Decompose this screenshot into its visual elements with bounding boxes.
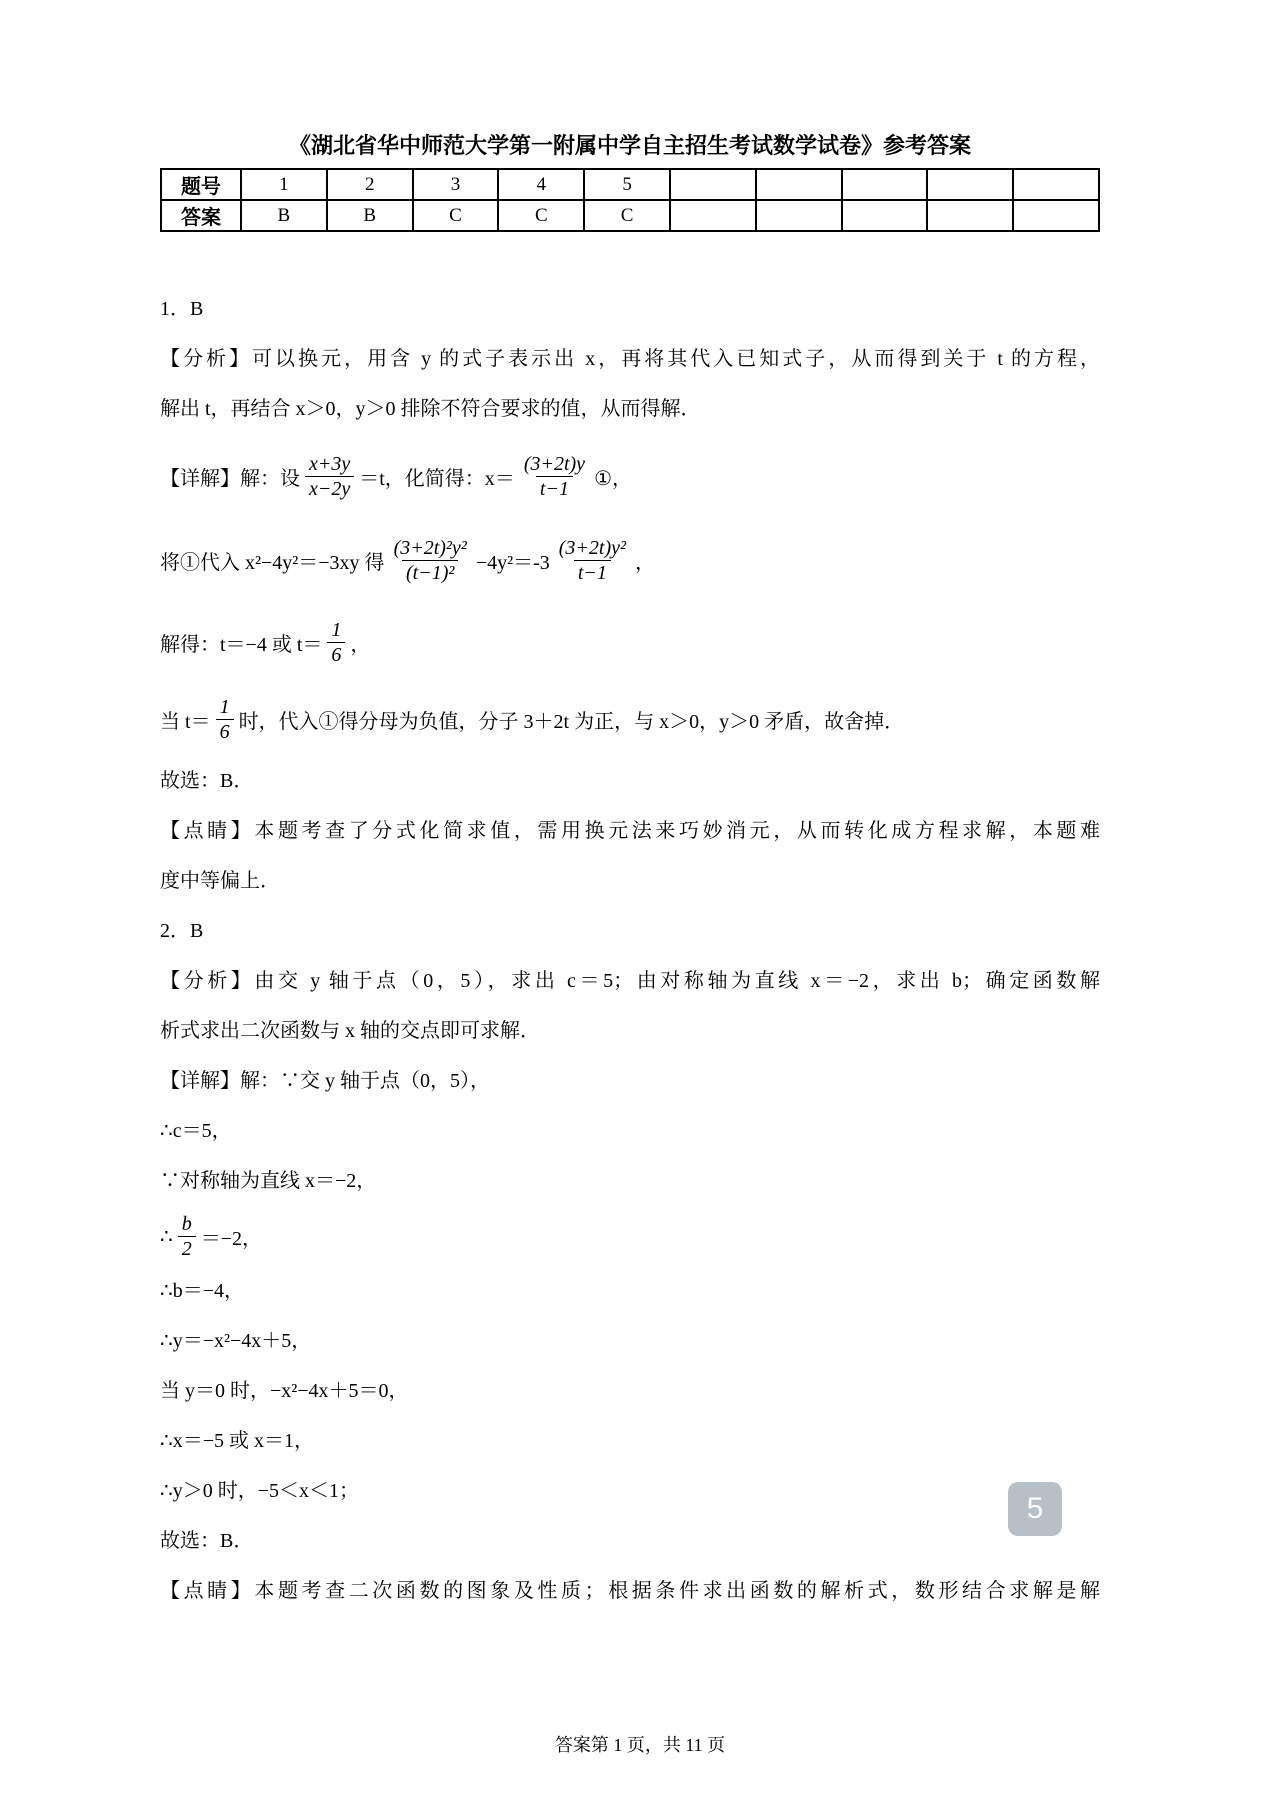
formula-text: 时，代入①得分母为负值，分子 3＋2t 为正，与 x＞0，y＞0 矛盾，故舍掉． bbox=[239, 705, 905, 734]
fraction: x+3yx−2y bbox=[305, 452, 354, 501]
fraction-numerator: 1 bbox=[216, 695, 234, 719]
formula-text: ＝−2， bbox=[201, 1222, 262, 1251]
question-number-cell bbox=[670, 169, 756, 200]
question-number-cell bbox=[842, 169, 928, 200]
answer-cell: C bbox=[584, 200, 670, 231]
fraction: 16 bbox=[327, 618, 345, 667]
answer-cell bbox=[670, 200, 756, 231]
solution2-analysis-line2: 析式求出二次函数与 x 轴的交点即可求解． bbox=[160, 1006, 1100, 1056]
answer-cell bbox=[756, 200, 842, 231]
solution1-detail-formula: 【详解】解：设 x+3yx−2y ＝t，化简得：x＝ (3+2t)yt−1 ①， bbox=[160, 434, 1100, 518]
solution2-b-fraction-formula: ∴ b2 ＝−2， bbox=[160, 1206, 1100, 1266]
solution2-line-b: ∴b＝−4， bbox=[160, 1266, 1100, 1316]
solution1-note-line2: 度中等偏上． bbox=[160, 856, 1100, 906]
page-title: 《湖北省华中师范大学第一附属中学自主招生考试数学试卷》参考答案 bbox=[160, 133, 1100, 159]
answer-cell bbox=[1013, 200, 1099, 231]
solution1-substitute-formula: 将①代入 x²−4y²＝−3xy 得 (3+2t)²y²(t−1)² −4y²＝… bbox=[160, 518, 1100, 602]
answer-cell: C bbox=[413, 200, 499, 231]
fraction-numerator: (3+2t)y bbox=[520, 452, 589, 476]
fraction-numerator: 1 bbox=[327, 618, 345, 642]
answer-table: 题号 1 2 3 4 5 答案 B B C C C bbox=[160, 168, 1100, 232]
solution2-analysis-line1: 【分析】由交 y 轴于点（0，5），求出 c＝5；由对称轴为直线 x＝−2，求出… bbox=[160, 956, 1100, 1006]
solution2-note-line1: 【点睛】本题考查二次函数的图象及性质；根据条件求出函数的解析式，数形结合求解是解 bbox=[160, 1566, 1100, 1616]
fraction-denominator: 6 bbox=[327, 642, 345, 667]
table-row-answers: 答案 B B C C C bbox=[161, 200, 1099, 231]
formula-text: ①， bbox=[594, 462, 632, 491]
fraction-numerator: (3+2t)²y² bbox=[390, 536, 471, 560]
fraction-denominator: 2 bbox=[178, 1236, 196, 1261]
page-number-badge: 5 bbox=[1008, 1482, 1062, 1536]
row-header-question-number: 题号 bbox=[161, 169, 241, 200]
fraction-denominator: x−2y bbox=[305, 476, 354, 501]
fraction-denominator: t−1 bbox=[574, 560, 611, 585]
fraction: (3+2t)yt−1 bbox=[520, 452, 589, 501]
question-number-cell bbox=[1013, 169, 1099, 200]
answer-cell: C bbox=[498, 200, 584, 231]
formula-text: ， bbox=[635, 546, 655, 575]
formula-text: ∴ bbox=[160, 1224, 173, 1249]
question-number-cell: 3 bbox=[413, 169, 499, 200]
solution2-conclusion: 故选：B． bbox=[160, 1516, 1100, 1566]
fraction-numerator: x+3y bbox=[305, 452, 354, 476]
solution1-analysis-line1: 【分析】可以换元，用含 y 的式子表示出 x，再将其代入已知式子，从而得到关于 … bbox=[160, 334, 1100, 384]
solution1-note-line1: 【点睛】本题考查了分式化简求值，需用换元法来巧妙消元，从而转化成方程求解，本题难 bbox=[160, 806, 1100, 856]
formula-text: ＝t，化简得：x＝ bbox=[359, 462, 515, 491]
fraction-denominator: 6 bbox=[216, 719, 234, 744]
table-row-question-numbers: 题号 1 2 3 4 5 bbox=[161, 169, 1099, 200]
page-footer: 答案第 1 页，共 11 页 bbox=[0, 1733, 1280, 1757]
formula-text: −4y²＝-3 bbox=[476, 546, 550, 575]
question-number-cell bbox=[927, 169, 1013, 200]
formula-text: 【详解】解：设 bbox=[160, 462, 300, 491]
fraction: 16 bbox=[216, 695, 234, 744]
fraction: (3+2t)y²t−1 bbox=[555, 536, 630, 585]
formula-text: 将①代入 x²−4y²＝−3xy 得 bbox=[160, 546, 385, 575]
formula-text: 当 t＝ bbox=[160, 705, 211, 734]
answer-cell bbox=[927, 200, 1013, 231]
row-header-answer: 答案 bbox=[161, 200, 241, 231]
solution1-analysis-line2: 解出 t，再结合 x＞0，y＞0 排除不符合要求的值，从而得解． bbox=[160, 384, 1100, 434]
answer-cell: B bbox=[327, 200, 413, 231]
solution2-line-y: ∴y＝−x²−4x＋5， bbox=[160, 1316, 1100, 1366]
solution2-detail-line1: 【详解】解：∵交 y 轴于点（0，5）， bbox=[160, 1056, 1100, 1106]
question-number-cell bbox=[756, 169, 842, 200]
fraction-denominator: (t−1)² bbox=[402, 560, 458, 585]
document-page: 《湖北省华中师范大学第一附属中学自主招生考试数学试卷》参考答案 题号 1 2 3… bbox=[160, 0, 1100, 1616]
solution2-line-x: ∴x＝−5 或 x＝1， bbox=[160, 1416, 1100, 1466]
fraction-denominator: t−1 bbox=[536, 476, 573, 501]
solution1-conclusion: 故选：B． bbox=[160, 756, 1100, 806]
solution2-line-range: ∴y＞0 时，−5＜x＜1； bbox=[160, 1466, 1100, 1516]
fraction: b2 bbox=[178, 1212, 196, 1261]
solution1-solve-formula: 解得：t＝−4 或 t＝ 16 ， bbox=[160, 602, 1100, 682]
solution2-line-c: ∴c＝5， bbox=[160, 1106, 1100, 1156]
question-number-cell: 4 bbox=[498, 169, 584, 200]
question-number-cell: 2 bbox=[327, 169, 413, 200]
question-number-cell: 5 bbox=[584, 169, 670, 200]
solution1-heading: 1．B bbox=[160, 284, 1100, 334]
formula-text: 解得：t＝−4 或 t＝ bbox=[160, 628, 322, 657]
question-number-cell: 1 bbox=[241, 169, 327, 200]
answer-cell: B bbox=[241, 200, 327, 231]
solution2-line-axis: ∵对称轴为直线 x＝−2， bbox=[160, 1156, 1100, 1206]
fraction-numerator: b bbox=[178, 1212, 196, 1236]
fraction-numerator: (3+2t)y² bbox=[555, 536, 630, 560]
solution2-line-y0: 当 y＝0 时，−x²−4x＋5＝0， bbox=[160, 1366, 1100, 1416]
formula-text: ， bbox=[350, 628, 370, 657]
solution1-when-formula: 当 t＝ 16 时，代入①得分母为负值，分子 3＋2t 为正，与 x＞0，y＞0… bbox=[160, 682, 1100, 756]
answer-cell bbox=[842, 200, 928, 231]
fraction: (3+2t)²y²(t−1)² bbox=[390, 536, 471, 585]
solution2-heading: 2．B bbox=[160, 906, 1100, 956]
